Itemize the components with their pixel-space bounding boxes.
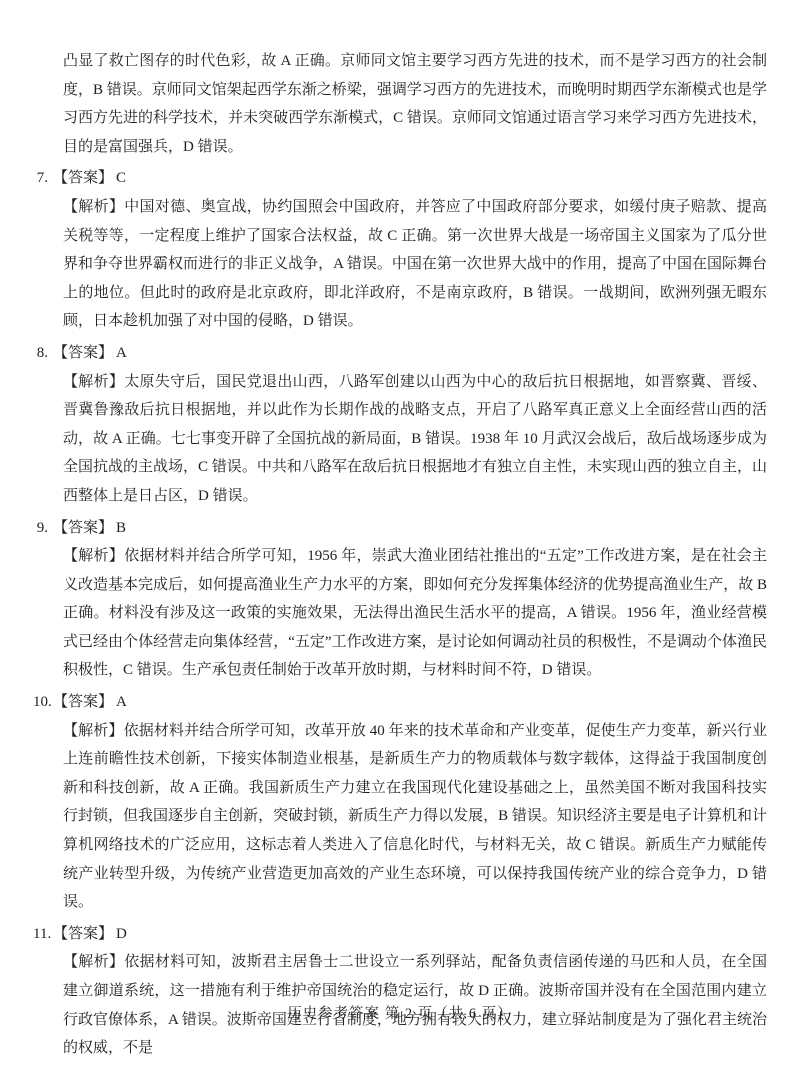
page-content: 凸显了救亡图存的时代色彩，故 A 正确。京师同文馆主要学习西方先进的技术，而不是… bbox=[0, 0, 800, 1063]
analysis-paragraph: 【解析】依据材料并结合所学可知，改革开放 40 年来的技术革命和产业变革，促使生… bbox=[63, 717, 767, 917]
item-number: 9. bbox=[33, 514, 48, 543]
answer-item-11: 11. 【答案】D 【解析】依据材料可知，波斯君主居鲁士二世设立一系列驿站，配备… bbox=[33, 920, 767, 1063]
item-number: 8. bbox=[33, 339, 48, 368]
answer-value: A bbox=[116, 345, 127, 361]
item-number: 7. bbox=[33, 164, 48, 193]
scanned-answer-page: 凸显了救亡图存的时代色彩，故 A 正确。京师同文馆主要学习西方先进的技术，而不是… bbox=[0, 0, 800, 1067]
analysis-text: 太原失守后，国民党退出山西，八路军创建以山西为中心的敌后抗日根据地，如晋察冀、晋… bbox=[63, 374, 767, 504]
analysis-label: 【解析】 bbox=[63, 199, 124, 215]
analysis-text: 依据材料并结合所学可知，改革开放 40 年来的技术革命和产业变革，促使生产力变革… bbox=[63, 723, 767, 911]
analysis-text: 依据材料并结合所学可知，1956 年，崇武大渔业团结社推出的“五定”工作改进方案… bbox=[63, 548, 767, 678]
answer-line: 【答案】C bbox=[53, 164, 767, 193]
continuation-paragraph: 凸显了救亡图存的时代色彩，故 A 正确。京师同文馆主要学习西方先进的技术，而不是… bbox=[33, 47, 767, 161]
item-number: 10. bbox=[33, 688, 48, 717]
analysis-paragraph: 【解析】依据材料并结合所学可知，1956 年，崇武大渔业团结社推出的“五定”工作… bbox=[63, 542, 767, 685]
analysis-paragraph: 【解析】中国对德、奥宣战，协约国照会中国政府，并答应了中国政府部分要求，如缓付庚… bbox=[63, 193, 767, 336]
answer-label: 【答案】 bbox=[53, 926, 113, 942]
analysis-label: 【解析】 bbox=[63, 548, 124, 564]
analysis-text: 中国对德、奥宣战，协约国照会中国政府，并答应了中国政府部分要求，如缓付庚子赔款、… bbox=[63, 199, 767, 329]
answer-item-9: 9. 【答案】B 【解析】依据材料并结合所学可知，1956 年，崇武大渔业团结社… bbox=[33, 514, 767, 686]
answer-label: 【答案】 bbox=[53, 345, 113, 361]
item-number: 11. bbox=[33, 920, 48, 949]
answer-line: 【答案】A bbox=[53, 339, 767, 368]
answer-value: D bbox=[116, 926, 127, 942]
answer-line: 【答案】A bbox=[53, 688, 767, 717]
analysis-label: 【解析】 bbox=[63, 723, 124, 739]
answer-label: 【答案】 bbox=[53, 694, 113, 710]
page-footer: 历史参考答案 第 2 页（共 6 页） bbox=[0, 1000, 800, 1029]
answer-line: 【答案】B bbox=[53, 514, 767, 543]
answer-line: 【答案】D bbox=[53, 920, 767, 949]
answer-label: 【答案】 bbox=[53, 520, 113, 536]
answer-value: C bbox=[116, 170, 126, 186]
analysis-label: 【解析】 bbox=[63, 954, 124, 970]
answer-value: A bbox=[116, 694, 127, 710]
answer-label: 【答案】 bbox=[53, 170, 113, 186]
answer-item-7: 7. 【答案】C 【解析】中国对德、奥宣战，协约国照会中国政府，并答应了中国政府… bbox=[33, 164, 767, 336]
answer-value: B bbox=[116, 520, 126, 536]
answer-item-10: 10. 【答案】A 【解析】依据材料并结合所学可知，改革开放 40 年来的技术革… bbox=[33, 688, 767, 917]
analysis-label: 【解析】 bbox=[63, 374, 124, 390]
analysis-paragraph: 【解析】太原失守后，国民党退出山西，八路军创建以山西为中心的敌后抗日根据地，如晋… bbox=[63, 368, 767, 511]
answer-item-8: 8. 【答案】A 【解析】太原失守后，国民党退出山西，八路军创建以山西为中心的敌… bbox=[33, 339, 767, 511]
